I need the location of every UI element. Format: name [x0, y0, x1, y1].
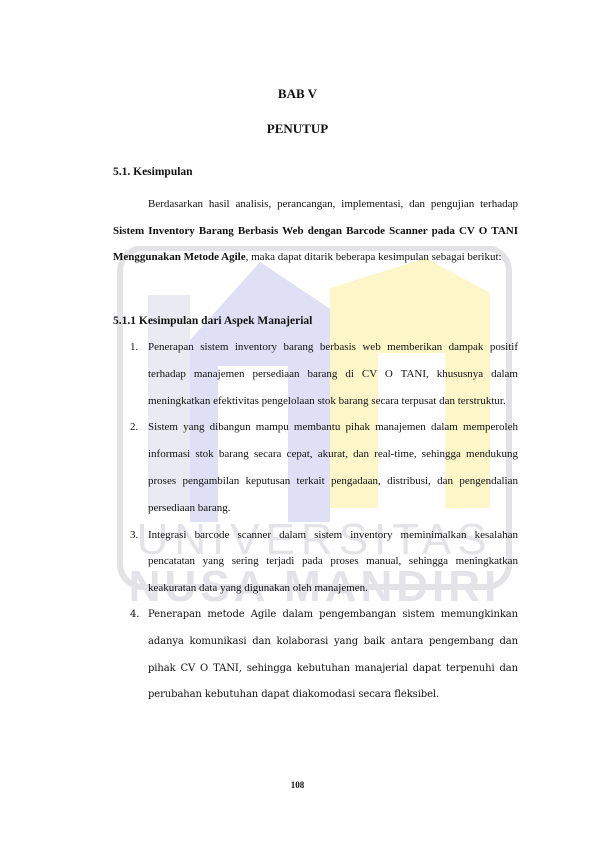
list-item: 1.Penerapan sistem inventory barang berb… — [130, 334, 518, 414]
intro-paragraph: Berdasarkan hasil analisis, perancangan,… — [113, 191, 518, 271]
list-item-text: Penerapan metode Agile dalam pengembanga… — [148, 609, 518, 700]
list-item: 3.Integrasi barcode scanner dalam sistem… — [130, 522, 518, 602]
chapter-title: PENUTUP — [0, 121, 595, 137]
list-item: 2.Sistem yang dibangun mampu membantu pi… — [130, 414, 518, 521]
page-content: BAB V PENUTUP 5.1. Kesimpulan Berdasarka… — [0, 0, 595, 842]
list-item-text: Integrasi barcode scanner dalam sistem i… — [148, 529, 518, 595]
page-number: 108 — [0, 780, 595, 790]
subsection-heading: 5.1.1 Kesimpulan dari Aspek Manajerial — [113, 315, 312, 327]
list-item-number: 3. — [130, 522, 138, 549]
intro-tail: , maka dapat ditarik beberapa kesimpulan… — [246, 251, 502, 263]
section-heading: 5.1. Kesimpulan — [113, 166, 193, 178]
list-item-number: 1. — [130, 334, 138, 361]
chapter-label: BAB V — [0, 86, 595, 102]
list-item-text: Sistem yang dibangun mampu membantu piha… — [148, 421, 518, 513]
list-item-text: Penerapan sistem inventory barang berbas… — [148, 341, 518, 407]
document-page: UNIVERSITAS NUSA MANDIRI BAB V PENUTUP 5… — [0, 0, 595, 842]
intro-lead: Berdasarkan hasil analisis, perancangan,… — [148, 198, 518, 210]
conclusion-list: 1.Penerapan sistem inventory barang berb… — [130, 334, 518, 709]
list-item-number: 2. — [130, 414, 138, 441]
list-item: 4.Penerapan metode Agile dalam pengemban… — [130, 602, 518, 709]
list-item-number: 4. — [130, 602, 139, 629]
